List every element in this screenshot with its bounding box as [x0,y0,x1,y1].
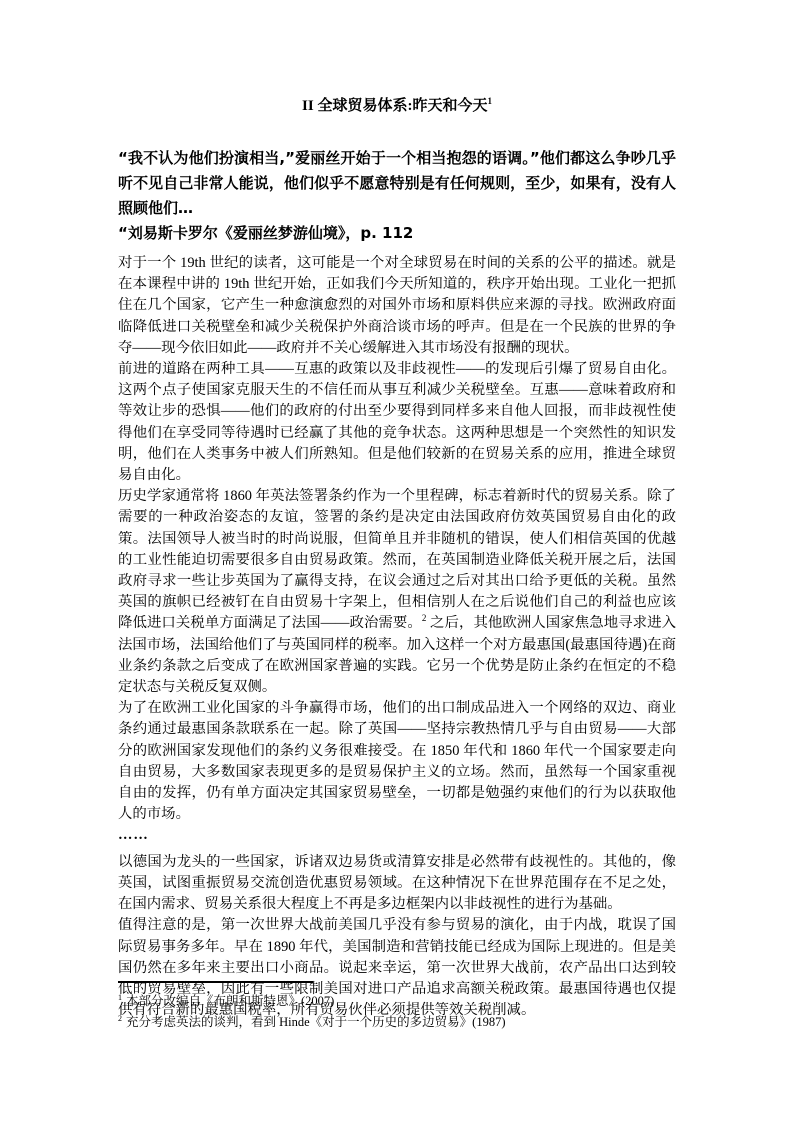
body-paragraph-4: 为了在欧洲工业化国家的斗争赢得市场，他们的出口制成品进入一个网络的双边、商业条约… [118,698,676,825]
document-body: 对于一个 19th 世纪的读者，这可能是一个对全球贸易在时间的关系的公平的描述。… [118,253,676,1021]
quote-block: “我不认为他们扮演相当,”爱丽丝开始于一个相当抱怨的语调。”他们都这么争吵几乎听… [118,146,676,246]
body-paragraph-1: 对于一个 19th 世纪的读者，这可能是一个对全球贸易在时间的关系的公平的描述。… [118,253,676,359]
footnote-1-text: 本部分改编自《布朗和斯特恩》(2007) [126,994,334,1008]
footnote-1: 1本部分改编自《布朗和斯特恩》(2007) [118,991,676,1012]
body-paragraph-3: 历史学家通常将 1860 年英法签署条约作为一个里程碑，标志着新时代的贸易关系。… [118,486,676,698]
quote-attribution: “刘易斯卡罗尔《爱丽丝梦游仙境》，p. 112 [118,221,676,246]
ellipsis-line: …… [118,825,676,846]
page-title-text: II 全球贸易体系:昨天和今天 [302,98,487,114]
quote-text: “我不认为他们扮演相当,”爱丽丝开始于一个相当抱怨的语调。”他们都这么争吵几乎听… [118,146,676,221]
footnote-2-text: 充分考虑英法的谈判，看到 Hinde《对于一个历史的多边贸易》(1987) [126,1015,506,1029]
document-page: II 全球贸易体系:昨天和今天1 “我不认为他们扮演相当,”爱丽丝开始于一个相当… [0,0,793,1122]
title-footnote-ref: 1 [487,96,492,106]
footnote-separator [118,981,313,983]
body-paragraph-6: 以德国为龙头的一些国家，诉诸双边易货或清算安排是必然带有歧视性的。其他的，像英国… [118,852,676,916]
footnote-2: 2充分考虑英法的谈判，看到 Hinde《对于一个历史的多边贸易》(1987) [118,1012,676,1033]
footnote-1-marker: 1 [118,993,122,1002]
paragraph-3-pre: 历史学家通常将 1860 年英法签署条约作为一个里程碑，标志着新时代的贸易关系。… [118,488,676,631]
footnotes-section: 1本部分改编自《布朗和斯特恩》(2007) 2充分考虑英法的谈判，看到 Hind… [118,981,676,1033]
footnote-2-marker: 2 [118,1014,122,1023]
page-content: II 全球贸易体系:昨天和今天1 “我不认为他们扮演相当,”爱丽丝开始于一个相当… [118,0,676,1021]
body-paragraph-2: 前进的道路在两种工具——互惠的政策以及非歧视性——的发现后引爆了贸易自由化。这两… [118,359,676,486]
page-title: II 全球贸易体系:昨天和今天1 [118,97,676,116]
